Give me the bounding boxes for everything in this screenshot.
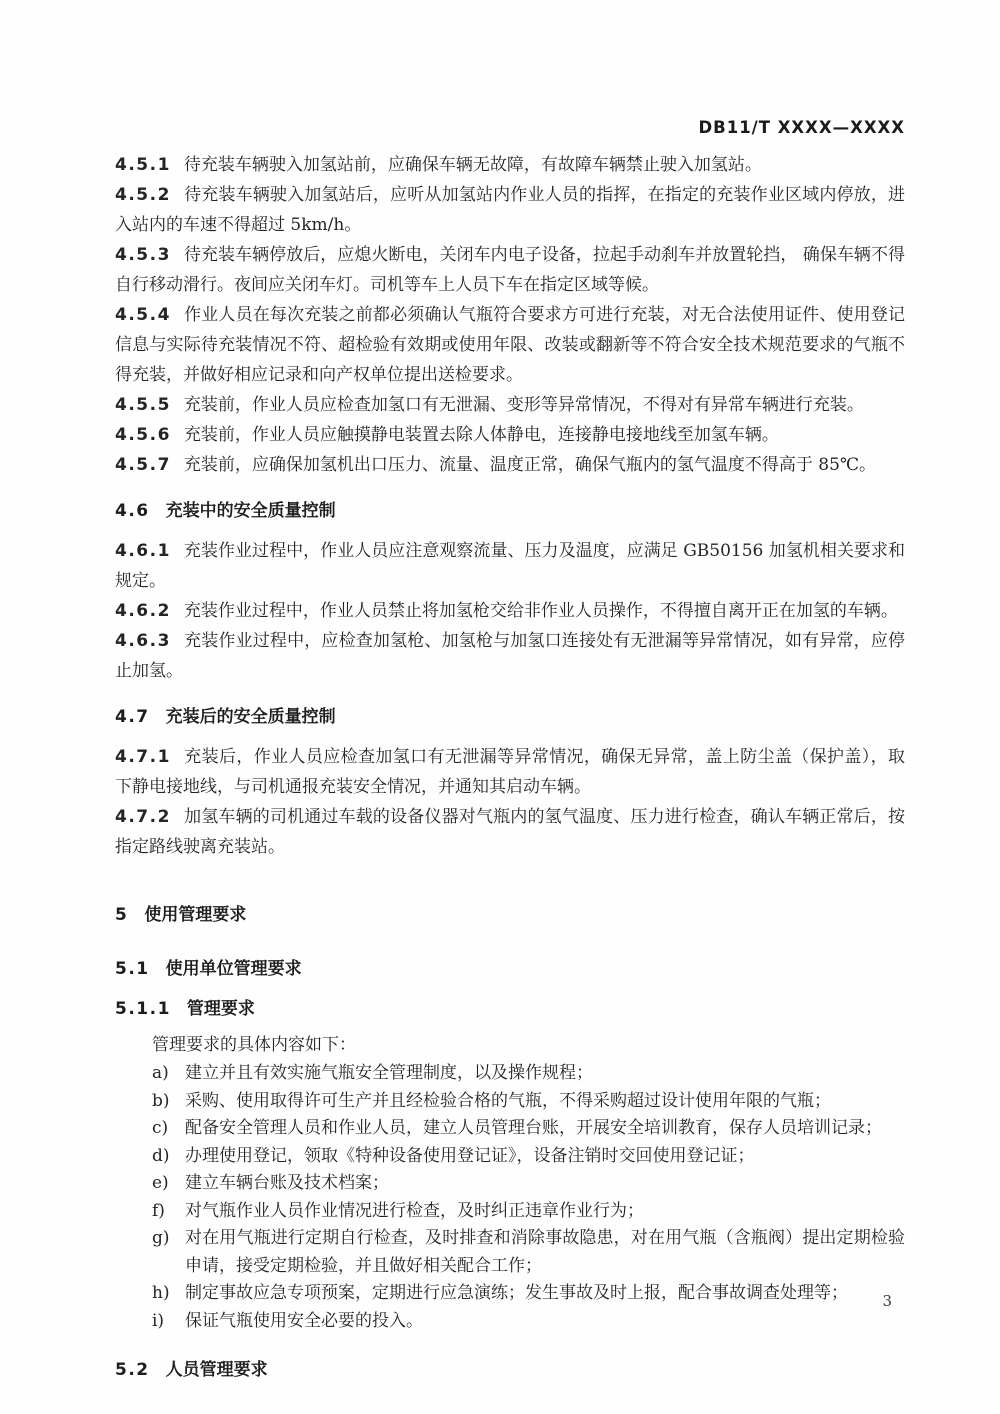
clause-4-5-7: 4.5.7充装前，应确保加氢机出口压力、流量、温度正常，确保气瓶内的氢气温度不得… bbox=[115, 450, 905, 480]
clause-number: 4.6.3 bbox=[115, 631, 171, 651]
clause-4-5-6: 4.5.6充装前，作业人员应触摸静电装置去除人体静电，连接静电接地线至加氢车辆。 bbox=[115, 420, 905, 450]
clause-text: 充装前，应确保加氢机出口压力、流量、温度正常，确保气瓶内的氢气温度不得高于 85… bbox=[184, 455, 876, 475]
clause-text: 充装作业过程中，作业人员应注意观察流量、压力及温度，应满足 GB50156 加氢… bbox=[115, 541, 905, 591]
list-item-text: 对在用气瓶进行定期自行检查，及时排查和消除事故隐患，对在用气瓶（含瓶阀）提出定期… bbox=[185, 1225, 905, 1280]
list-item-text: 办理使用登记，领取《特种设备使用登记证》，设备注销时交回使用登记证； bbox=[185, 1143, 905, 1171]
list-item-text: 建立车辆台账及技术档案； bbox=[185, 1170, 905, 1198]
page-number: 3 bbox=[882, 1292, 892, 1310]
list-item-a: a)建立并且有效实施气瓶安全管理制度，以及操作规程； bbox=[152, 1060, 905, 1088]
list-item-label: h) bbox=[152, 1280, 185, 1308]
heading-number: 5 bbox=[115, 905, 128, 925]
clause-number: 4.5.1 bbox=[115, 155, 171, 175]
heading-5: 5使用管理要求 bbox=[115, 900, 905, 930]
clause-number: 4.6.2 bbox=[115, 601, 171, 621]
list-item-c: c)配备安全管理人员和作业人员，建立人员管理台账，开展安全培训教育，保存人员培训… bbox=[152, 1115, 905, 1143]
list-item-label: d) bbox=[152, 1143, 185, 1171]
heading-title: 使用管理要求 bbox=[144, 905, 246, 925]
list-item-label: f) bbox=[152, 1198, 185, 1226]
clause-text: 充装前，作业人员应触摸静电装置去除人体静电，连接静电接地线至加氢车辆。 bbox=[184, 425, 779, 445]
document-code: DB11/T XXXX—XXXX bbox=[698, 118, 905, 137]
list-item-text: 配备安全管理人员和作业人员，建立人员管理台账，开展安全培训教育，保存人员培训记录… bbox=[185, 1115, 905, 1143]
clause-4-7-2: 4.7.2加氢车辆的司机通过车载的设备仪器对气瓶内的氢气温度、压力进行检查，确认… bbox=[115, 802, 905, 862]
clause-number: 4.5.3 bbox=[115, 245, 171, 265]
clause-text: 作业人员在每次充装之前都必须确认气瓶符合要求方可进行充装，对无合法使用证件、使用… bbox=[115, 305, 905, 385]
heading-4-7: 4.7充装后的安全质量控制 bbox=[115, 702, 905, 732]
requirements-list: a)建立并且有效实施气瓶安全管理制度，以及操作规程； b)采购、使用取得许可生产… bbox=[115, 1060, 905, 1335]
clause-4-5-2: 4.5.2待充装车辆驶入加氢站后，应听从加氢站内作业人员的指挥，在指定的充装作业… bbox=[115, 180, 905, 240]
heading-title: 充装中的安全质量控制 bbox=[166, 501, 336, 521]
clause-4-5-4: 4.5.4作业人员在每次充装之前都必须确认气瓶符合要求方可进行充装，对无合法使用… bbox=[115, 300, 905, 390]
list-item-label: i) bbox=[152, 1308, 185, 1336]
clause-text: 加氢车辆的司机通过车载的设备仪器对气瓶内的氢气温度、压力进行检查，确认车辆正常后… bbox=[115, 807, 905, 857]
document-content: 4.5.1待充装车辆驶入加氢站前，应确保车辆无故障，有故障车辆禁止驶入加氢站。 … bbox=[115, 150, 905, 1395]
heading-title: 充装后的安全质量控制 bbox=[166, 707, 336, 727]
clause-number: 4.5.5 bbox=[115, 395, 171, 415]
clause-number: 4.6.1 bbox=[115, 541, 171, 561]
heading-title: 使用单位管理要求 bbox=[166, 959, 302, 979]
heading-number: 5.2 bbox=[115, 1360, 150, 1380]
heading-number: 4.6 bbox=[115, 501, 150, 521]
list-item-text: 采购、使用取得许可生产并且经检验合格的气瓶，不得采购超过设计使用年限的气瓶； bbox=[185, 1088, 905, 1116]
list-item-text: 制定事故应急专项预案，定期进行应急演练；发生事故及时上报，配合事故调查处理等； bbox=[185, 1280, 905, 1308]
list-item-label: b) bbox=[152, 1088, 185, 1116]
list-item-text: 对气瓶作业人员作业情况进行检查，及时纠正违章作业行为； bbox=[185, 1198, 905, 1226]
list-item-h: h)制定事故应急专项预案，定期进行应急演练；发生事故及时上报，配合事故调查处理等… bbox=[152, 1280, 905, 1308]
clause-4-6-1: 4.6.1充装作业过程中，作业人员应注意观察流量、压力及温度，应满足 GB501… bbox=[115, 536, 905, 596]
list-item-label: c) bbox=[152, 1115, 185, 1143]
clause-number: 4.7.2 bbox=[115, 807, 171, 827]
clause-text: 待充装车辆驶入加氢站后，应听从加氢站内作业人员的指挥，在指定的充装作业区域内停放… bbox=[115, 185, 905, 235]
list-item-label: a) bbox=[152, 1060, 185, 1088]
heading-5-1: 5.1使用单位管理要求 bbox=[115, 954, 905, 984]
list-item-text: 保证气瓶使用安全必要的投入。 bbox=[185, 1308, 905, 1336]
heading-title: 管理要求 bbox=[187, 999, 255, 1019]
clause-4-5-3: 4.5.3待充装车辆停放后，应熄火断电，关闭车内电子设备，拉起手动刹车并放置轮挡… bbox=[115, 240, 905, 300]
heading-number: 5.1 bbox=[115, 959, 150, 979]
clause-4-5-5: 4.5.5充装前，作业人员应检查加氢口有无泄漏、变形等异常情况，不得对有异常车辆… bbox=[115, 390, 905, 420]
clause-text: 待充装车辆驶入加氢站前，应确保车辆无故障，有故障车辆禁止驶入加氢站。 bbox=[184, 155, 762, 175]
clause-number: 4.5.2 bbox=[115, 185, 171, 205]
heading-5-1-1: 5.1.1管理要求 bbox=[115, 994, 905, 1024]
clause-text: 充装作业过程中，作业人员禁止将加氢枪交给非作业人员操作，不得擅自离开正在加氢的车… bbox=[184, 601, 898, 621]
clause-4-7-1: 4.7.1充装后，作业人员应检查加氢口有无泄漏等异常情况，确保无异常，盖上防尘盖… bbox=[115, 742, 905, 802]
list-intro: 管理要求的具体内容如下： bbox=[115, 1030, 905, 1060]
clause-4-5-1: 4.5.1待充装车辆驶入加氢站前，应确保车辆无故障，有故障车辆禁止驶入加氢站。 bbox=[115, 150, 905, 180]
list-item-d: d)办理使用登记，领取《特种设备使用登记证》，设备注销时交回使用登记证； bbox=[152, 1143, 905, 1171]
clause-text: 充装作业过程中，应检查加氢枪、加氢枪与加氢口连接处有无泄漏等异常情况，如有异常，… bbox=[115, 631, 905, 681]
list-item-f: f)对气瓶作业人员作业情况进行检查，及时纠正违章作业行为； bbox=[152, 1198, 905, 1226]
clause-number: 4.5.6 bbox=[115, 425, 171, 445]
list-item-b: b)采购、使用取得许可生产并且经检验合格的气瓶，不得采购超过设计使用年限的气瓶； bbox=[152, 1088, 905, 1116]
clause-number: 4.7.1 bbox=[115, 747, 171, 767]
list-item-text: 建立并且有效实施气瓶安全管理制度，以及操作规程； bbox=[185, 1060, 905, 1088]
list-item-i: i)保证气瓶使用安全必要的投入。 bbox=[152, 1308, 905, 1336]
clause-4-6-2: 4.6.2充装作业过程中，作业人员禁止将加氢枪交给非作业人员操作，不得擅自离开正… bbox=[115, 596, 905, 626]
heading-number: 4.7 bbox=[115, 707, 150, 727]
clause-text: 充装后，作业人员应检查加氢口有无泄漏等异常情况，确保无异常，盖上防尘盖（保护盖）… bbox=[115, 747, 905, 797]
document-page: DB11/T XXXX—XXXX 4.5.1待充装车辆驶入加氢站前，应确保车辆无… bbox=[0, 0, 1000, 1414]
clause-number: 4.5.4 bbox=[115, 305, 171, 325]
heading-number: 5.1.1 bbox=[115, 999, 171, 1019]
heading-4-6: 4.6充装中的安全质量控制 bbox=[115, 496, 905, 526]
list-item-g: g)对在用气瓶进行定期自行检查，及时排查和消除事故隐患，对在用气瓶（含瓶阀）提出… bbox=[152, 1225, 905, 1280]
list-item-e: e)建立车辆台账及技术档案； bbox=[152, 1170, 905, 1198]
heading-title: 人员管理要求 bbox=[166, 1360, 268, 1380]
clause-text: 充装前，作业人员应检查加氢口有无泄漏、变形等异常情况，不得对有异常车辆进行充装。 bbox=[184, 395, 864, 415]
list-item-label: e) bbox=[152, 1170, 185, 1198]
heading-5-2: 5.2人员管理要求 bbox=[115, 1355, 905, 1385]
clause-4-6-3: 4.6.3充装作业过程中，应检查加氢枪、加氢枪与加氢口连接处有无泄漏等异常情况，… bbox=[115, 626, 905, 686]
list-item-label: g) bbox=[152, 1225, 185, 1280]
clause-text: 待充装车辆停放后，应熄火断电，关闭车内电子设备，拉起手动刹车并放置轮挡， 确保车… bbox=[115, 245, 905, 295]
clause-number: 4.5.7 bbox=[115, 455, 171, 475]
